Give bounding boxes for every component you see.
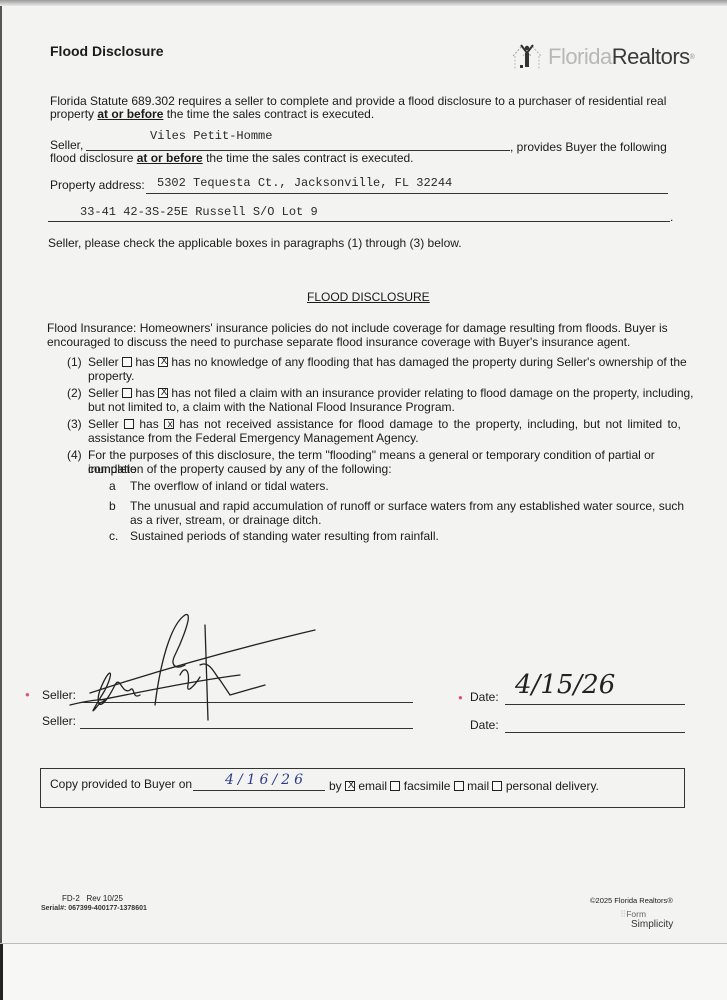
item-body: Seller has has no knowledge of any flood… [88, 355, 687, 369]
seller-word: Seller [88, 417, 119, 431]
has-not-checkbox[interactable] [164, 419, 174, 429]
has-checkbox[interactable] [124, 419, 134, 429]
subitem-text-continued: as a river, stream, or drainage ditch. [130, 513, 321, 527]
disclosure-item-3: (3) Seller has has not received assistan… [67, 417, 697, 447]
property-address-line-1[interactable]: 5302 Tequesta Ct., Jacksonville, FL 3224… [157, 176, 452, 190]
florida-realtors-logo: FloridaRealtors® [510, 40, 695, 74]
seller-name-field[interactable]: Viles Petit-Homme [150, 129, 272, 143]
form-simplicity-form: Form [626, 909, 646, 919]
copy-provided-label: Copy provided to Buyer on [50, 777, 192, 791]
copy-delivery-options: by email facsimile mail personal deliver… [329, 779, 599, 793]
insurance-note-line-1: Flood Insurance: Homeowners' insurance p… [47, 321, 668, 335]
form-simplicity-name: Simplicity [631, 919, 673, 930]
mail-label: mail [467, 779, 489, 793]
section-heading: FLOOD DISCLOSURE [307, 290, 430, 304]
seller-word: Seller [88, 355, 119, 369]
copy-date-line [193, 790, 325, 791]
seller-signature-line-2[interactable] [80, 728, 413, 729]
form-id: FD-2 [62, 894, 80, 903]
property-end-period: . [670, 210, 673, 224]
property-address-underline-1 [146, 193, 668, 194]
subitem-letter: b [109, 499, 116, 513]
has-word: has [135, 355, 154, 369]
instruction-text: Seller, please check the applicable boxe… [48, 236, 462, 250]
property-address-line-2[interactable]: 33-41 42-3S-25E Russell S/O Lot 9 [80, 205, 318, 219]
signature-date-1[interactable]: 4/15/26 [515, 670, 615, 700]
item-number: (4) [67, 448, 82, 462]
disclosure-item-4: (4) For the purposes of this disclosure,… [67, 448, 697, 478]
seller-line-2-suffix: the time the sales contract is executed. [203, 151, 414, 165]
subitem-text: The unusual and rapid accumulation of ru… [130, 499, 684, 513]
item-text: has no knowledge of any flooding that ha… [171, 355, 686, 369]
registered-mark: ® [690, 54, 695, 61]
subitem-letter: c. [109, 529, 118, 543]
disclosure-item-1: (1) Seller has has no knowledge of any f… [67, 355, 697, 385]
has-checkbox[interactable] [122, 357, 132, 367]
date-line-2[interactable] [505, 732, 685, 733]
copy-provided-date[interactable]: 4/16/26 [225, 772, 307, 788]
required-marker: ● [25, 690, 30, 699]
seller-line-2-emphasis: at or before [137, 151, 203, 165]
has-word: has [135, 386, 154, 400]
has-not-checkbox[interactable] [158, 388, 168, 398]
seller-line-suffix: , provides Buyer the following [510, 140, 667, 154]
realtors-person-house-icon [510, 40, 544, 74]
item-number: (1) [67, 355, 82, 369]
item-text-continued: assistance from the Federal Emergency Ma… [88, 431, 419, 445]
copyright: ©2025 Florida Realtors® [590, 896, 673, 905]
date-line-1 [505, 704, 685, 705]
serial-number: Serial#: 067399-400177-1378601 [41, 905, 147, 912]
item-text: has not received assistance for flood da… [179, 417, 680, 431]
property-address-underline-2 [48, 221, 670, 222]
item-body: Seller has has not received assistance f… [88, 417, 681, 431]
disclosure-item-2: (2) Seller has has not filed a claim wit… [67, 386, 697, 416]
intro-line-2: property at or before the time the sales… [50, 107, 374, 121]
facsimile-checkbox[interactable] [390, 781, 400, 791]
property-address-label: Property address: [50, 178, 145, 192]
insurance-note-line-2: encouraged to discuss the need to purcha… [47, 335, 630, 349]
intro-emphasis: at or before [97, 107, 163, 121]
mail-checkbox[interactable] [454, 781, 464, 791]
subitem-text: The overflow of inland or tidal waters. [130, 479, 329, 493]
brand-florida: Florida [548, 44, 612, 70]
subitem-letter: a [109, 479, 116, 493]
seller-signature-label-2: Seller: [42, 714, 76, 728]
has-not-checkbox[interactable] [158, 357, 168, 367]
facsimile-label: facsimile [404, 779, 451, 793]
item-number: (3) [67, 417, 82, 431]
document-title: Flood Disclosure [50, 43, 164, 59]
item-text: has not filed a claim with an insurance … [171, 386, 693, 400]
revision: Rev 10/25 [86, 894, 122, 903]
form-revision: FD-2 Rev 10/25 [62, 894, 123, 903]
scan-shadow [0, 0, 727, 6]
required-marker: ● [458, 693, 463, 702]
intro-text: property [50, 107, 97, 121]
email-checkbox[interactable] [345, 781, 355, 791]
intro-line-1: Florida Statute 689.302 requires a selle… [50, 94, 666, 108]
item-body: Seller has has not filed a claim with an… [88, 386, 694, 400]
scanner-background [0, 944, 727, 1000]
seller-signature[interactable] [60, 605, 360, 725]
date-label-2: Date: [470, 718, 499, 732]
seller-word: Seller [88, 386, 119, 400]
seller-line-2: flood disclosure at or before the time t… [50, 151, 414, 165]
item-number: (2) [67, 386, 82, 400]
personal-delivery-label: personal delivery. [506, 779, 599, 793]
brand-realtors: Realtors [612, 44, 690, 70]
item-text-continued: inundation of the property caused by any… [88, 462, 392, 476]
has-word: has [139, 417, 158, 431]
personal-delivery-checkbox[interactable] [492, 781, 502, 791]
seller-label: Seller, [50, 138, 83, 152]
has-checkbox[interactable] [122, 388, 132, 398]
item-text-continued: property. [88, 369, 134, 383]
item-text-continued: but not limited to, a claim with the Nat… [88, 400, 455, 414]
seller-line-2-text: flood disclosure [50, 151, 137, 165]
email-label: email [358, 779, 387, 793]
intro-text-suffix: the time the sales contract is executed. [163, 107, 374, 121]
date-label-1: Date: [470, 690, 499, 704]
subitem-text: Sustained periods of standing water resu… [130, 529, 439, 543]
by-word: by [329, 779, 342, 793]
